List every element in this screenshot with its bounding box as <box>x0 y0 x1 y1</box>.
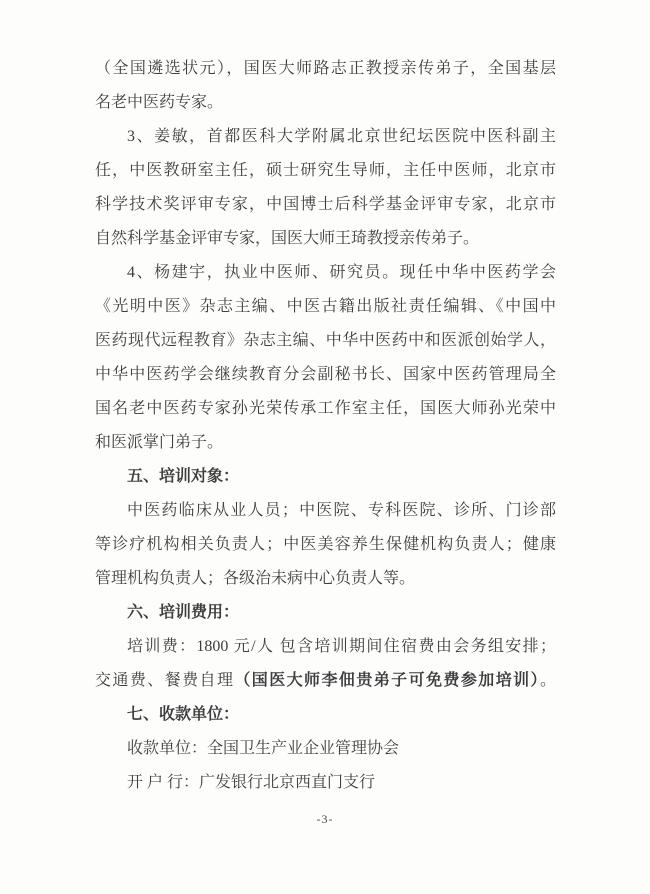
page-number: -3- <box>0 812 650 827</box>
document-body: （全国遴选状元），国医大师路志正教授亲传弟子，全国基层名老中医药专家。3、姜敏，… <box>95 52 556 800</box>
text-line: 3、姜敏，首都医科大学附属北京世纪坛医院中医科副主 <box>95 120 556 154</box>
text-line: 等诊疗机构相关负责人；中医美容养生保健机构负责人；健康 <box>95 528 556 562</box>
text-line: 交通费、餐费自理（国医大师李佃贵弟子可免费参加培训）。 <box>95 664 556 698</box>
text-line: 4、杨建宇，执业中医师、研究员。现任中华中医药学会 <box>95 256 556 290</box>
text-line: 培训费：1800 元/人 包含培训期间住宿费由会务组安排； <box>95 630 556 664</box>
text-line: 中华中医药学会继续教育分会副秘书长、国家中医药管理局全 <box>95 358 556 392</box>
text-line: 国名老中医药专家孙光荣传承工作室主任，国医大师孙光荣中 <box>95 392 556 426</box>
scanned-document-page: { "page": { "background": "#fdfdfc", "te… <box>0 0 650 894</box>
text-line: 中医药临床从业人员；中医院、专科医院、诊所、门诊部 <box>95 494 556 528</box>
text-line: 和医派掌门弟子。 <box>95 426 556 460</box>
text-line: 管理机构负责人；各级治未病中心负责人等。 <box>95 562 556 596</box>
text-run: 。 <box>540 672 556 689</box>
text-line: 《光明中医》杂志主编、中医古籍出版社责任编辑、《中国中 <box>95 290 556 324</box>
section-heading: 五、培训对象： <box>95 460 556 494</box>
text-line: 开 户 行：广发银行北京西直门支行 <box>95 766 556 800</box>
section-heading: 七、收款单位： <box>95 698 556 732</box>
text-line: 任，中医教研室主任，硕士研究生导师，主任中医师，北京市 <box>95 154 556 188</box>
section-heading: 六、培训费用： <box>95 596 556 630</box>
text-run: 交通费、餐费自理 <box>95 672 234 689</box>
text-line: 收款单位：全国卫生产业企业管理协会 <box>95 732 556 766</box>
text-line: 医药现代远程教育》杂志主编、中华中医药中和医派创始学人， <box>95 324 556 358</box>
text-line: 自然科学基金评审专家，国医大师王琦教授亲传弟子。 <box>95 222 556 256</box>
text-line: 科学技术奖评审专家，中国博士后科学基金评审专家，北京市 <box>95 188 556 222</box>
text-line: （全国遴选状元），国医大师路志正教授亲传弟子，全国基层 <box>95 52 556 86</box>
text-line: 名老中医药专家。 <box>95 86 556 120</box>
bold-text-run: （国医大师李佃贵弟子可免费参加培训） <box>234 672 540 689</box>
